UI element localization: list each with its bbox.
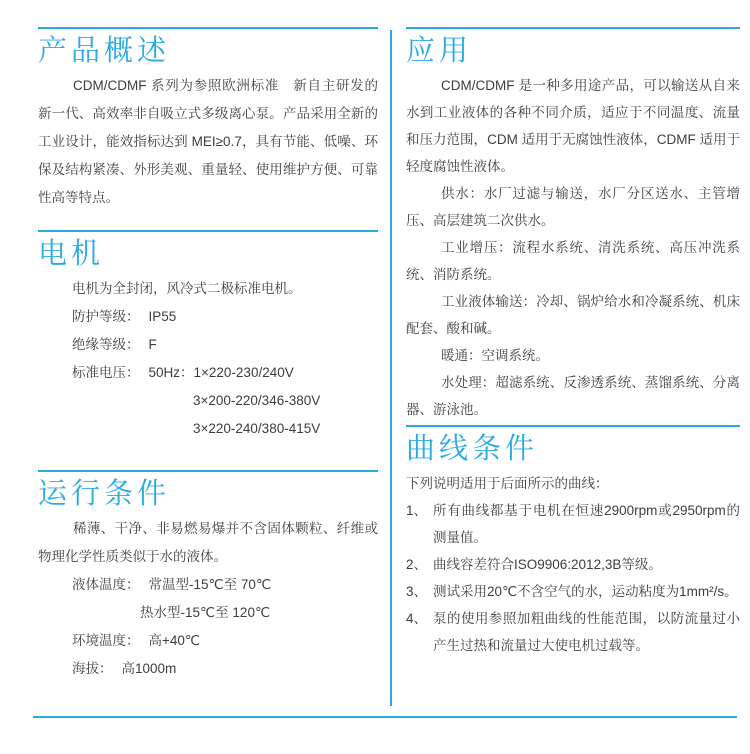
spec-value: F [149, 337, 157, 352]
condition-spec-row: 环境温度：高+40℃ [38, 627, 378, 655]
curve-conditions-title: 曲线条件 [406, 433, 740, 465]
spec-label: 绝缘等级： [72, 337, 140, 352]
product-overview-title: 产品概述 [38, 35, 378, 67]
liquid-temp-continued: 热水型-15℃至 120℃ [38, 599, 378, 627]
motor-voltage-line: 3×200-220/346-380V [38, 387, 378, 415]
item-text: 测试采用20℃不含空气的水，运动粘度为1mm²/s。 [433, 578, 740, 605]
operating-conditions-paragraph: 稀薄、干净、非易燃易爆并不含固体颗粒、纤维或物理化学性质类似于水的液体。 [38, 515, 378, 571]
item-number: 4、 [406, 605, 433, 659]
item-number: 2、 [406, 551, 433, 578]
product-overview-paragraph: CDM/CDMF 系列为参照欧洲标准 新自主研发的新一代、高效率非自吸立式多级离… [38, 72, 378, 212]
right-column: 应用 CDM/CDMF 是一种多用途产品，可以输送从自来水到工业液体的各种不同介… [406, 27, 740, 659]
product-catalog-page: 产品概述 CDM/CDMF 系列为参照欧洲标准 新自主研发的新一代、高效率非自吸… [0, 0, 750, 754]
motor-description: 电机为全封闭，风冷式二极标准电机。 [38, 275, 378, 303]
motor-voltage-line: 3×220-240/380-415V [38, 415, 378, 443]
operating-conditions-title: 运行条件 [38, 478, 378, 510]
curve-conditions-intro: 下列说明适用于后面所示的曲线： [406, 470, 740, 497]
spec-label: 防护等级： [72, 309, 140, 324]
motor-spec-row: 标准电压：50Hz：1×220-230/240V [38, 359, 378, 387]
item-text: 曲线容差符合ISO9906:2012,3B等级。 [433, 551, 740, 578]
curve-condition-item: 4、泵的使用参照加粗曲线的性能范围，以防流量过小产生过热和流量过大使电机过载等。 [406, 605, 740, 659]
spec-label: 液体温度： [72, 577, 140, 592]
application-paragraph: 工业增压：流程水系统、清洗系统、高压冲洗系统、消防系统。 [406, 234, 740, 288]
section-motor: 电机 电机为全封闭，风冷式二极标准电机。 防护等级：IP55 绝缘等级：F 标准… [38, 230, 378, 470]
application-paragraph: 水处理：超滤系统、反渗透系统、蒸馏系统、分离器、游泳池。 [406, 369, 740, 423]
section-operating-conditions: 运行条件 稀薄、干净、非易燃易爆并不含固体颗粒、纤维或物理化学性质类似于水的液体… [38, 470, 378, 683]
application-paragraph: CDM/CDMF 是一种多用途产品，可以输送从自来水到工业液体的各种不同介质，适… [406, 72, 740, 180]
section-curve-conditions: 曲线条件 下列说明适用于后面所示的曲线： 1、所有曲线都基于电机在恒速2900r… [406, 425, 740, 659]
left-column: 产品概述 CDM/CDMF 系列为参照欧洲标准 新自主研发的新一代、高效率非自吸… [38, 27, 378, 683]
application-title: 应用 [406, 35, 740, 67]
spec-label: 海拔： [72, 661, 113, 676]
condition-spec-row: 液体温度：常温型-15℃至 70℃ [38, 571, 378, 599]
application-paragraph: 暖通：空调系统。 [406, 342, 740, 369]
item-number: 1、 [406, 497, 433, 551]
application-paragraph: 供水：水厂过滤与输送，水厂分区送水、主管增压、高层建筑二次供水。 [406, 180, 740, 234]
item-text: 泵的使用参照加粗曲线的性能范围，以防流量过小产生过热和流量过大使电机过载等。 [433, 605, 740, 659]
column-divider-rule [390, 30, 392, 706]
item-number: 3、 [406, 578, 433, 605]
curve-condition-item: 3、测试采用20℃不含空气的水，运动粘度为1mm²/s。 [406, 578, 740, 605]
spec-label: 标准电压： [72, 365, 140, 380]
spec-value: 常温型-15℃至 70℃ [149, 577, 272, 592]
spec-label: 环境温度： [72, 633, 140, 648]
motor-title: 电机 [38, 238, 378, 270]
spec-value: IP55 [149, 309, 177, 324]
motor-spec-row: 防护等级：IP55 [38, 303, 378, 331]
item-text: 所有曲线都基于电机在恒速2900rpm或2950rpm的测量值。 [433, 497, 740, 551]
curve-condition-item: 1、所有曲线都基于电机在恒速2900rpm或2950rpm的测量值。 [406, 497, 740, 551]
section-product-overview: 产品概述 CDM/CDMF 系列为参照欧洲标准 新自主研发的新一代、高效率非自吸… [38, 27, 378, 230]
condition-spec-row: 海拔：高1000m [38, 655, 378, 683]
spec-value: 50Hz：1×220-230/240V [149, 365, 294, 380]
spec-value: 高+40℃ [149, 633, 201, 648]
spec-value: 高1000m [122, 661, 177, 676]
section-application: 应用 CDM/CDMF 是一种多用途产品，可以输送从自来水到工业液体的各种不同介… [406, 27, 740, 425]
curve-condition-item: 2、曲线容差符合ISO9906:2012,3B等级。 [406, 551, 740, 578]
bottom-rule [33, 716, 737, 718]
application-paragraph: 工业液体输送：冷却、锅炉给水和冷凝系统、机床配套、酸和碱。 [406, 288, 740, 342]
motor-spec-row: 绝缘等级：F [38, 331, 378, 359]
